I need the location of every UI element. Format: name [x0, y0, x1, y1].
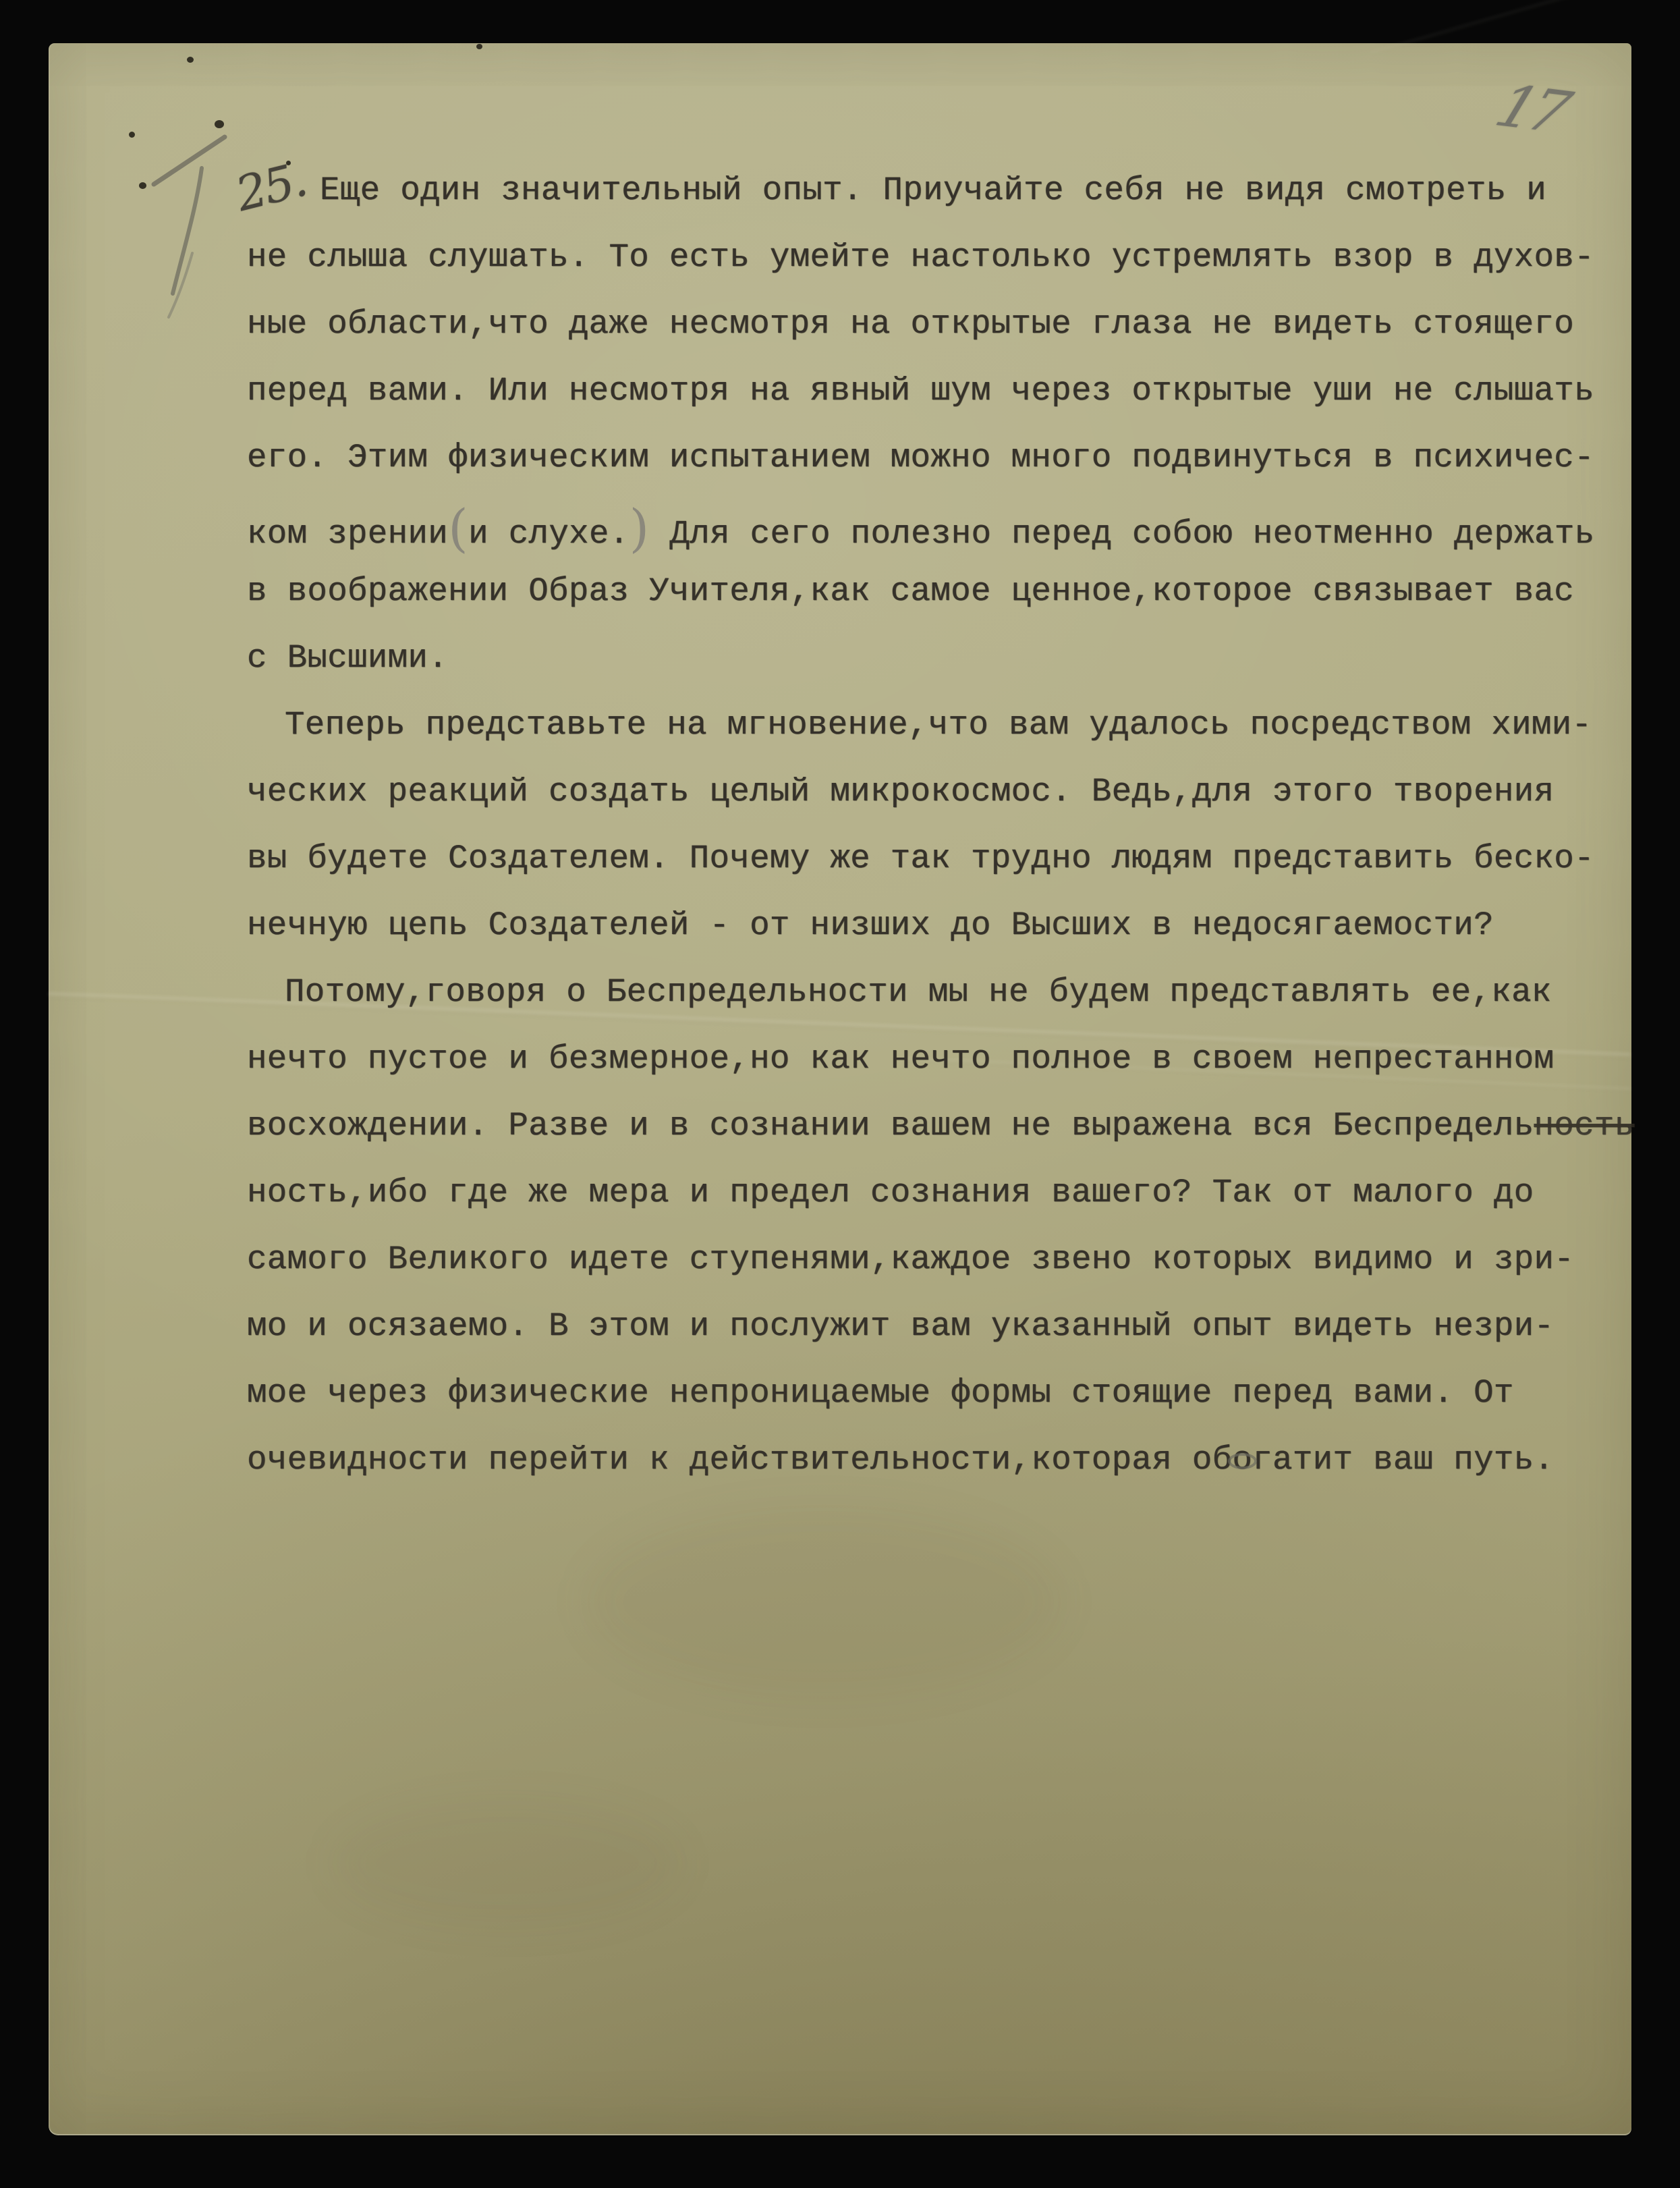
typed-line: Потому,говоря о Беспредельности мы не бу… [247, 959, 1644, 1026]
typed-line: с Высшими. [247, 625, 1644, 692]
typed-segment: восхождении. Разве и в сознании вашем не… [247, 1107, 1534, 1145]
typed-line: ческих реакций создать целый микрокосмос… [247, 759, 1644, 825]
typed-text: Еще один значительный опыт. Приучайте се… [247, 157, 1644, 1494]
typed-segment: очевидности перейти к действительности,к… [247, 1441, 1232, 1479]
paper-stain [333, 1801, 681, 1926]
typed-line: нечную цепь Создателей - от низших до Вы… [247, 892, 1644, 959]
typed-segment: нечную цепь Создателей - от низших до Вы… [247, 906, 1494, 944]
document-page: 17 25. Еще один значительный опыт. Приуч… [49, 43, 1631, 2135]
handwritten-page-number: 17 [1487, 73, 1575, 146]
typed-line: Еще один значительный опыт. Приучайте се… [247, 157, 1644, 224]
scan-background: 17 25. Еще один значительный опыт. Приуч… [0, 0, 1680, 2188]
typed-segment: гатит ваш путь. [1252, 1441, 1554, 1479]
typed-segment: ком зрении [247, 515, 448, 553]
typed-segment: и слухе. [468, 515, 629, 553]
typed-segment: в воображении Образ Учителя,как самое це… [247, 572, 1574, 610]
typed-segment: мо и осязаемо. В этом и послужит вам ука… [247, 1307, 1554, 1345]
paper-crease [1370, 0, 1644, 55]
pencil-annotation-segment: ( [448, 498, 468, 558]
typed-line: очевидности перейти к действительности,к… [247, 1427, 1644, 1494]
typed-segment: Теперь представьте на мгновение,что вам … [285, 706, 1592, 744]
typed-line: восхождении. Разве и в сознании вашем не… [247, 1093, 1644, 1159]
typed-segment: Для сего полезно перед собою неотменно д… [650, 515, 1595, 553]
typed-segment: перед вами. Или несмотря на явный шум че… [247, 372, 1594, 410]
paper-stain [587, 1508, 1062, 1696]
typed-line: не слыша слушать. То есть умейте настоль… [247, 224, 1644, 291]
typed-line: самого Великого идете ступенями,каждое з… [247, 1226, 1644, 1293]
typed-segment: Потому,говоря о Беспредельности мы не бу… [285, 973, 1552, 1011]
typed-segment: вы будете Создателем. Почему же так труд… [247, 840, 1594, 877]
typed-segment: нечто пустое и безмерное,но как нечто по… [247, 1040, 1554, 1078]
pencil-stroke [154, 137, 225, 184]
pencil-annotation-segment: о [1232, 1441, 1252, 1479]
paper-speck [476, 44, 482, 49]
typed-segment: мое через физические непроницаемые формы… [247, 1374, 1514, 1412]
margin-pencil-mark [125, 125, 240, 321]
typed-segment: ные области,что даже несмотря на открыты… [247, 305, 1574, 343]
typed-segment: не слыша слушать. То есть умейте настоль… [247, 238, 1594, 276]
typed-segment: ность,ибо где же мера и предел сознания … [247, 1174, 1534, 1211]
paper-speck [187, 57, 194, 63]
typed-segment: самого Великого идете ступенями,каждое з… [247, 1240, 1574, 1278]
typed-line: его. Этим физическим испытанием можно мн… [247, 425, 1644, 491]
typed-line: в воображении Образ Учителя,как самое це… [247, 558, 1644, 625]
pencil-stroke [173, 168, 202, 294]
typed-line: ные области,что даже несмотря на открыты… [247, 291, 1644, 358]
typed-line: ность,ибо где же мера и предел сознания … [247, 1159, 1644, 1226]
typed-line: Теперь представьте на мгновение,что вам … [247, 692, 1644, 759]
typed-segment: ческих реакций создать целый микрокосмос… [247, 773, 1554, 811]
typed-line: ком зрении(и слухе.) Для сего полезно пе… [247, 491, 1644, 558]
typed-segment: Еще один значительный опыт. Приучайте се… [320, 171, 1546, 209]
typed-segment: с Высшими. [247, 639, 448, 677]
typed-segment: его. Этим физическим испытанием можно мн… [247, 439, 1594, 476]
typed-line: нечто пустое и безмерное,но как нечто по… [247, 1026, 1644, 1093]
pencil-annotation-segment: ) [629, 498, 650, 558]
typed-line: перед вами. Или несмотря на явный шум че… [247, 358, 1644, 425]
typed-line: вы будете Создателем. Почему же так труд… [247, 825, 1644, 892]
typed-line: мо и осязаемо. В этом и послужит вам ука… [247, 1293, 1644, 1360]
pencil-annotation-segment: ность [1534, 1107, 1635, 1145]
typed-line: мое через физические непроницаемые формы… [247, 1360, 1644, 1427]
